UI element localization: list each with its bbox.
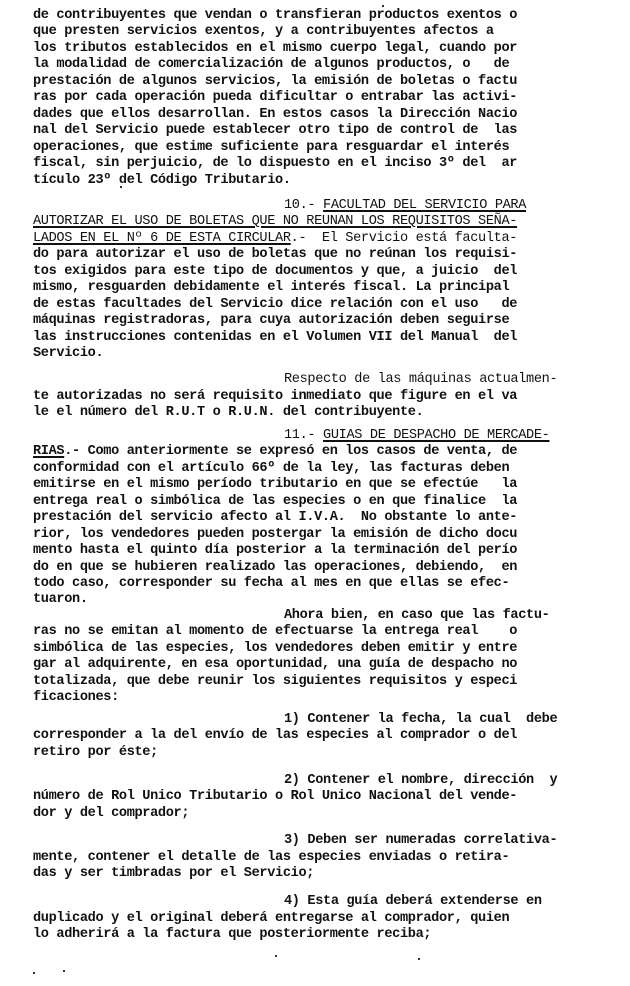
text-line: emitirse en el mismo período tributario … (33, 477, 517, 493)
section-heading: AUTORIZAR EL USO DE BOLETAS QUE NO REUNA… (33, 214, 517, 230)
section-title: FACULTAD DEL SERVICIO PARA (323, 198, 526, 213)
scan-speck (275, 955, 277, 957)
text-line: Respecto de las máquinas actualmen- (284, 372, 557, 388)
text-line: conformidad con el artículo 66º de la le… (33, 461, 509, 477)
section-title: GUIAS DE DESPACHO DE MERCADE- (323, 428, 549, 443)
text-line: nal del Servicio puede establecer otro t… (33, 123, 517, 139)
text-line: Ahora bien, en caso que las factu- (284, 608, 549, 624)
text-line: mente, contener el detalle de las especi… (33, 850, 509, 866)
text-line: dades que ellos desarrollan. En estos ca… (33, 107, 517, 123)
text-line: retiro por éste; (33, 745, 158, 761)
text-line: corresponder a la del envío de las espec… (33, 728, 517, 744)
scan-speck (33, 972, 35, 974)
text-line: mento hasta el quinto día posterior a la… (33, 543, 517, 559)
text-line: la modalidad de comercialización de algu… (33, 57, 509, 73)
text-line: de contribuyentes que vendan o transfier… (33, 8, 517, 24)
section-title: RIAS (33, 444, 64, 459)
text-line: lo adherirá a la factura que posteriorme… (33, 927, 431, 943)
text-line: do en que se hubieren realizado las oper… (33, 560, 517, 576)
text-line: 2) Contener el nombre, dirección y (284, 773, 557, 789)
text-line: tuaron. (33, 592, 88, 608)
text-line: fiscal, sin perjuicio, de lo dispuesto e… (33, 156, 517, 172)
text-line: totalizada, que debe reunir los siguient… (33, 674, 517, 690)
text-line: das y ser timbradas por el Servicio; (33, 866, 314, 882)
text-fragment: .- El Servicio está faculta- (291, 231, 517, 246)
text-line: 4) Esta guía deberá extenderse en (284, 894, 542, 910)
text-line: le el número del R.U.T o R.U.N. del cont… (33, 405, 423, 421)
text-line: ficaciones: (33, 690, 119, 706)
text-line: ras no se emitan al momento de efectuars… (33, 624, 517, 640)
text-line: que presten servicios exentos, y a contr… (33, 24, 494, 40)
text-line: tículo 23º del Código Tributario. (33, 173, 291, 189)
text-line: te autorizadas no será requisito inmedia… (33, 389, 517, 405)
text-line: mismo, resguarden debidamente el interés… (33, 280, 509, 296)
section-title: LADOS EN EL Nº 6 DE ESTA CIRCULAR (33, 231, 291, 246)
text-line: las instrucciones contenidas en el Volum… (33, 330, 517, 346)
text-line: 3) Deben ser numeradas correlativa- (284, 833, 557, 849)
section-number: 11.- (284, 428, 323, 443)
text-line: 1) Contener la fecha, la cual debe (284, 712, 557, 728)
section-title: AUTORIZAR EL USO DE BOLETAS QUE NO REUNA… (33, 214, 517, 229)
scan-speck (382, 5, 384, 7)
scan-speck (63, 970, 65, 972)
text-line: Servicio. (33, 346, 103, 362)
text-line: los tributos establecidos en el mismo cu… (33, 41, 517, 57)
text-line: dor y del comprador; (33, 806, 189, 822)
scan-speck (120, 186, 122, 188)
section-number: 10.- (284, 198, 323, 213)
text-line: máquinas registradoras, para cuya autori… (33, 313, 509, 329)
section-heading: RIAS.- Como anteriormente se expresó en … (33, 444, 517, 460)
text-line: tos exigidos para este tipo de documento… (33, 264, 517, 280)
section-heading: 10.- FACULTAD DEL SERVICIO PARA (284, 198, 526, 214)
text-fragment: .- Como anteriormente se expresó en los … (64, 444, 517, 459)
text-line: prestación de algunos servicios, la emis… (33, 74, 517, 90)
scan-speck (418, 958, 420, 960)
text-line: rior, los vendedores pueden postergar la… (33, 527, 517, 543)
text-line: gar al adquirente, en esa oportunidad, u… (33, 657, 517, 673)
text-line: simbólica de las especies, los vendedore… (33, 641, 517, 657)
text-line: entrega real o simbólica de las especies… (33, 494, 517, 510)
section-heading: LADOS EN EL Nº 6 DE ESTA CIRCULAR.- El S… (33, 231, 517, 247)
text-line: de estas facultades del Servicio dice re… (33, 297, 517, 313)
text-line: ras por cada operación pueda dificultar … (33, 90, 517, 106)
text-line: do para autorizar el uso de boletas que … (33, 247, 517, 263)
text-line: todo caso, corresponder su fecha al mes … (33, 576, 509, 592)
text-line: duplicado y el original deberá entregars… (33, 911, 509, 927)
scanned-document-page: de contribuyentes que vendan o transfier… (0, 0, 630, 986)
text-line: operaciones, que estime suficiente para … (33, 140, 509, 156)
text-line: prestación del servicio afecto al I.V.A.… (33, 510, 517, 526)
text-line: número de Rol Unico Tributario o Rol Uni… (33, 789, 517, 805)
section-heading: 11.- GUIAS DE DESPACHO DE MERCADE- (284, 428, 549, 444)
